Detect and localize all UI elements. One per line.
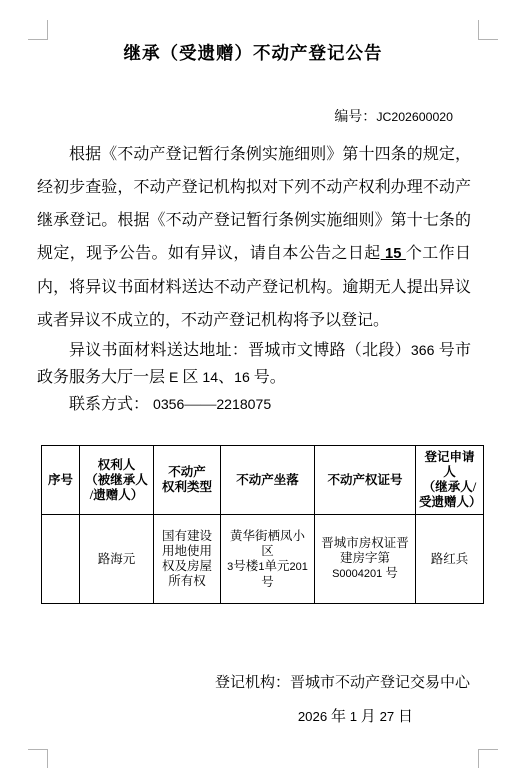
cell-right-type: 国有建设 用地使用 权及房屋 所有权 bbox=[154, 515, 221, 604]
table-row: 路海元 国有建设 用地使用 权及房屋 所有权 黄华街栖凤小区 3号楼1单元201… bbox=[42, 515, 484, 604]
col-header-cert-no: 不动产权证号 bbox=[315, 446, 416, 515]
document-page: 继承（受遗赠）不动产登记公告 编号：JC202600020 根据《不动产登记暂行… bbox=[0, 0, 506, 768]
margin-mark-top-right bbox=[478, 20, 498, 40]
address-paragraph: 异议书面材料送达地址：晋城市文博路（北段）366 号市政务服务大厅一层 E 区 … bbox=[37, 337, 471, 391]
doc-number: 编号：JC202600020 bbox=[334, 106, 453, 126]
col-header-seq: 序号 bbox=[42, 446, 80, 515]
cell-location: 黄华街栖凤小区 3号楼1单元201 号 bbox=[221, 515, 315, 604]
cell-owner: 路海元 bbox=[80, 515, 154, 604]
date-line: 2026 年 1 月 27 日 bbox=[298, 705, 413, 726]
margin-mark-top-left bbox=[28, 20, 48, 40]
cell-seq bbox=[42, 515, 80, 604]
cell-applicant: 路红兵 bbox=[416, 515, 484, 604]
notice-paragraph: 根据《不动产登记暂行条例实施细则》第十四条的规定，经初步查验，不动产登记机构拟对… bbox=[37, 138, 471, 337]
table-header-row: 序号 权利人 （被继承人 /遗赠人） 不动产 权利类型 不动产坐落 不动产权证号… bbox=[42, 446, 484, 515]
page-title: 继承（受遗赠）不动产登记公告 bbox=[0, 40, 506, 65]
col-header-right-type: 不动产 权利类型 bbox=[154, 446, 221, 515]
col-header-applicant: 登记申请人 （继承人/ 受遗赠人） bbox=[416, 446, 484, 515]
margin-mark-bottom-right bbox=[478, 749, 498, 768]
margin-mark-bottom-left bbox=[28, 749, 48, 768]
col-header-location: 不动产坐落 bbox=[221, 446, 315, 515]
agency-line: 登记机构：晋城市不动产登记交易中心 bbox=[215, 671, 470, 692]
contact-paragraph: 联系方式： 0356——2218075 bbox=[37, 391, 471, 418]
announcement-table: 序号 权利人 （被继承人 /遗赠人） 不动产 权利类型 不动产坐落 不动产权证号… bbox=[41, 445, 484, 604]
col-header-owner: 权利人 （被继承人 /遗赠人） bbox=[80, 446, 154, 515]
cell-cert-no: 晋城市房权证晋 建房字第 S0004201 号 bbox=[315, 515, 416, 604]
notice-body: 根据《不动产登记暂行条例实施细则》第十四条的规定，经初步查验，不动产登记机构拟对… bbox=[37, 138, 471, 418]
